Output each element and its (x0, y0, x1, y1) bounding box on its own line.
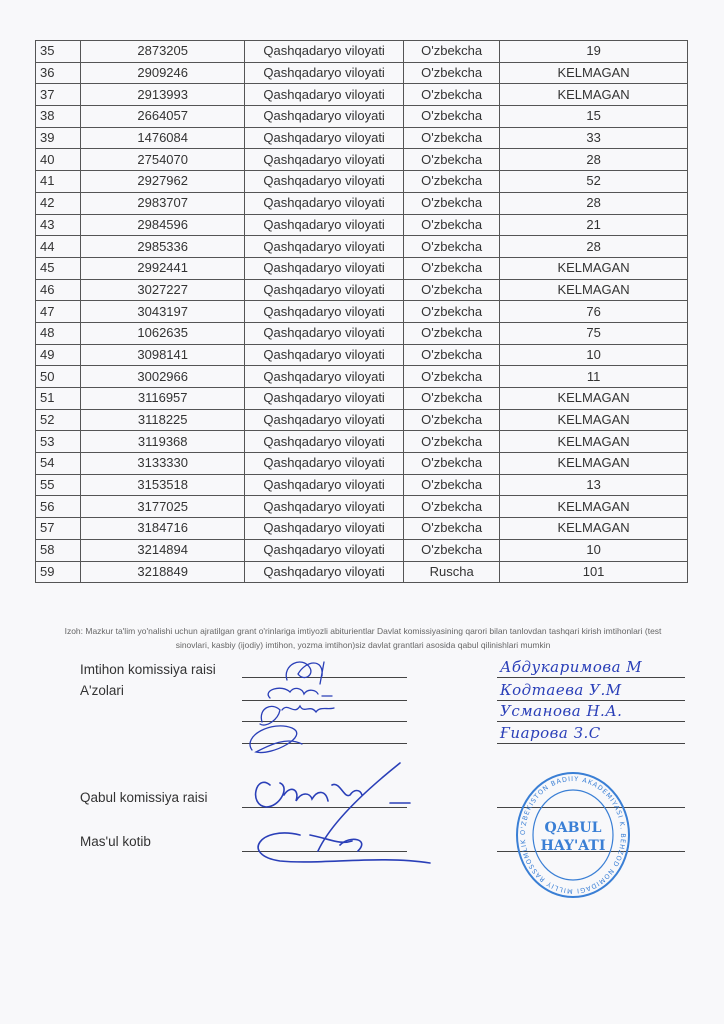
handwritten-name: Абдукаримова М (500, 658, 642, 676)
table-row: 463027227Qashqadaryo viloyatiO'zbekchaKE… (36, 279, 688, 301)
table-row: 563177025Qashqadaryo viloyatiO'zbekchaKE… (36, 496, 688, 518)
table-row: 481062635Qashqadaryo viloyatiO'zbekcha75 (36, 322, 688, 344)
score-cell: 21 (500, 214, 688, 236)
language-cell: O'zbekcha (404, 41, 500, 63)
applicant-id: 1476084 (81, 127, 245, 149)
score-cell: 28 (500, 192, 688, 214)
language-cell: O'zbekcha (404, 344, 500, 366)
applicant-id: 3184716 (81, 518, 245, 540)
region-cell: Qashqadaryo viloyati (245, 62, 404, 84)
language-cell: O'zbekcha (404, 322, 500, 344)
row-number: 57 (36, 518, 81, 540)
table-row: 543133330Qashqadaryo viloyatiO'zbekchaKE… (36, 453, 688, 475)
language-cell: O'zbekcha (404, 62, 500, 84)
applicant-id: 3116957 (81, 388, 245, 410)
row-number: 54 (36, 453, 81, 475)
row-number: 38 (36, 106, 81, 128)
stamp-text-line1: QABUL (545, 820, 602, 836)
language-cell: O'zbekcha (404, 431, 500, 453)
table-row: 573184716Qashqadaryo viloyatiO'zbekchaKE… (36, 518, 688, 540)
applicant-id: 3153518 (81, 474, 245, 496)
region-cell: Qashqadaryo viloyati (245, 301, 404, 323)
table-row: 583214894Qashqadaryo viloyatiO'zbekcha10 (36, 539, 688, 561)
score-cell: KELMAGAN (500, 257, 688, 279)
region-cell: Qashqadaryo viloyati (245, 322, 404, 344)
region-cell: Qashqadaryo viloyati (245, 171, 404, 193)
stamp-text-line2: HAY'ATI (541, 838, 606, 854)
row-number: 59 (36, 561, 81, 583)
table-row: 493098141Qashqadaryo viloyatiO'zbekcha10 (36, 344, 688, 366)
applicant-id: 3043197 (81, 301, 245, 323)
table-row: 473043197Qashqadaryo viloyatiO'zbekcha76 (36, 301, 688, 323)
row-number: 49 (36, 344, 81, 366)
region-cell: Qashqadaryo viloyati (245, 236, 404, 258)
results-table: 352873205Qashqadaryo viloyatiO'zbekcha19… (35, 40, 688, 583)
region-cell: Qashqadaryo viloyati (245, 366, 404, 388)
language-cell: O'zbekcha (404, 257, 500, 279)
score-cell: 19 (500, 41, 688, 63)
table-row: 593218849Qashqadaryo viloyatiRuscha101 (36, 561, 688, 583)
applicant-id: 2664057 (81, 106, 245, 128)
region-cell: Qashqadaryo viloyati (245, 279, 404, 301)
table-row: 523118225Qashqadaryo viloyatiO'zbekchaKE… (36, 409, 688, 431)
applicant-id: 3214894 (81, 539, 245, 561)
score-cell: KELMAGAN (500, 62, 688, 84)
region-cell: Qashqadaryo viloyati (245, 127, 404, 149)
table-row: 432984596Qashqadaryo viloyatiO'zbekcha21 (36, 214, 688, 236)
score-cell: KELMAGAN (500, 518, 688, 540)
applicant-id: 2985336 (81, 236, 245, 258)
table-row: 452992441Qashqadaryo viloyatiO'zbekchaKE… (36, 257, 688, 279)
table-row: 372913993Qashqadaryo viloyatiO'zbekchaKE… (36, 84, 688, 106)
row-number: 37 (36, 84, 81, 106)
score-cell: 75 (500, 322, 688, 344)
score-cell: 28 (500, 149, 688, 171)
handwritten-name: Кодтаева У.М (500, 681, 622, 699)
row-number: 51 (36, 388, 81, 410)
region-cell: Qashqadaryo viloyati (245, 192, 404, 214)
language-cell: O'zbekcha (404, 236, 500, 258)
row-number: 36 (36, 62, 81, 84)
region-cell: Qashqadaryo viloyati (245, 539, 404, 561)
language-cell: O'zbekcha (404, 474, 500, 496)
table-row: 513116957Qashqadaryo viloyatiO'zbekchaKE… (36, 388, 688, 410)
row-number: 47 (36, 301, 81, 323)
table-row: 503002966Qashqadaryo viloyatiO'zbekcha11 (36, 366, 688, 388)
name-line (497, 743, 685, 744)
signature-scribbles (232, 650, 432, 770)
applicant-id: 3118225 (81, 409, 245, 431)
language-cell: O'zbekcha (404, 279, 500, 301)
score-cell: KELMAGAN (500, 496, 688, 518)
applicant-id: 2984596 (81, 214, 245, 236)
table-row: 391476084Qashqadaryo viloyatiO'zbekcha33 (36, 127, 688, 149)
score-cell: 11 (500, 366, 688, 388)
language-cell: O'zbekcha (404, 539, 500, 561)
region-cell: Qashqadaryo viloyati (245, 257, 404, 279)
language-cell: O'zbekcha (404, 518, 500, 540)
score-cell: 33 (500, 127, 688, 149)
score-cell: 52 (500, 171, 688, 193)
row-number: 52 (36, 409, 81, 431)
row-number: 35 (36, 41, 81, 63)
language-cell: O'zbekcha (404, 496, 500, 518)
region-cell: Qashqadaryo viloyati (245, 388, 404, 410)
applicant-id: 3002966 (81, 366, 245, 388)
applicant-id: 2983707 (81, 192, 245, 214)
applicant-id: 2754070 (81, 149, 245, 171)
score-cell: KELMAGAN (500, 84, 688, 106)
region-cell: Qashqadaryo viloyati (245, 41, 404, 63)
language-cell: O'zbekcha (404, 366, 500, 388)
applicant-id: 2992441 (81, 257, 245, 279)
region-cell: Qashqadaryo viloyati (245, 409, 404, 431)
score-cell: KELMAGAN (500, 431, 688, 453)
row-number: 44 (36, 236, 81, 258)
language-cell: O'zbekcha (404, 453, 500, 475)
region-cell: Qashqadaryo viloyati (245, 431, 404, 453)
applicant-id: 3098141 (81, 344, 245, 366)
region-cell: Qashqadaryo viloyati (245, 561, 404, 583)
admission-stamp: QABUL HAY'ATI O'ZBEKISTON BADIIY AKADEMI… (515, 770, 631, 900)
region-cell: Qashqadaryo viloyati (245, 106, 404, 128)
name-line (497, 677, 685, 678)
language-cell: O'zbekcha (404, 127, 500, 149)
score-cell: KELMAGAN (500, 453, 688, 475)
table-row: 422983707Qashqadaryo viloyatiO'zbekcha28 (36, 192, 688, 214)
row-number: 55 (36, 474, 81, 496)
row-number: 41 (36, 171, 81, 193)
score-cell: 101 (500, 561, 688, 583)
exam-chair-label: Imtihon komissiya raisi (80, 662, 216, 677)
note-text: Izoh: Mazkur ta'lim yo'nalishi uchun ajr… (48, 624, 678, 652)
region-cell: Qashqadaryo viloyati (245, 474, 404, 496)
applicant-id: 1062635 (81, 322, 245, 344)
score-cell: KELMAGAN (500, 279, 688, 301)
language-cell: O'zbekcha (404, 149, 500, 171)
row-number: 58 (36, 539, 81, 561)
signature-scribbles (240, 755, 470, 875)
applicant-id: 3218849 (81, 561, 245, 583)
region-cell: Qashqadaryo viloyati (245, 344, 404, 366)
applicant-id: 2909246 (81, 62, 245, 84)
row-number: 48 (36, 322, 81, 344)
score-cell: 10 (500, 344, 688, 366)
row-number: 50 (36, 366, 81, 388)
score-cell: 28 (500, 236, 688, 258)
region-cell: Qashqadaryo viloyati (245, 453, 404, 475)
secretary-label: Mas'ul kotib (80, 834, 151, 849)
table-row: 442985336Qashqadaryo viloyatiO'zbekcha28 (36, 236, 688, 258)
table-row: 533119368Qashqadaryo viloyatiO'zbekchaKE… (36, 431, 688, 453)
score-cell: 10 (500, 539, 688, 561)
row-number: 42 (36, 192, 81, 214)
row-number: 46 (36, 279, 81, 301)
language-cell: O'zbekcha (404, 409, 500, 431)
name-line (497, 700, 685, 701)
applicant-id: 2927962 (81, 171, 245, 193)
score-cell: 15 (500, 106, 688, 128)
applicant-id: 2873205 (81, 41, 245, 63)
row-number: 53 (36, 431, 81, 453)
table-row: 352873205Qashqadaryo viloyatiO'zbekcha19 (36, 41, 688, 63)
score-cell: 13 (500, 474, 688, 496)
applicant-id: 3119368 (81, 431, 245, 453)
row-number: 40 (36, 149, 81, 171)
table-row: 402754070Qashqadaryo viloyatiO'zbekcha28 (36, 149, 688, 171)
region-cell: Qashqadaryo viloyati (245, 149, 404, 171)
language-cell: O'zbekcha (404, 388, 500, 410)
row-number: 43 (36, 214, 81, 236)
handwritten-name: Усманова Н.А. (500, 702, 622, 720)
admission-chair-label: Qabul komissiya raisi (80, 790, 208, 805)
document-page: 352873205Qashqadaryo viloyatiO'zbekcha19… (0, 0, 724, 1024)
language-cell: O'zbekcha (404, 171, 500, 193)
applicant-id: 2913993 (81, 84, 245, 106)
region-cell: Qashqadaryo viloyati (245, 496, 404, 518)
name-line (497, 721, 685, 722)
score-cell: KELMAGAN (500, 409, 688, 431)
row-number: 39 (36, 127, 81, 149)
members-label: A'zolari (80, 683, 124, 698)
language-cell: O'zbekcha (404, 192, 500, 214)
table-row: 553153518Qashqadaryo viloyatiO'zbekcha13 (36, 474, 688, 496)
region-cell: Qashqadaryo viloyati (245, 518, 404, 540)
region-cell: Qashqadaryo viloyati (245, 84, 404, 106)
language-cell: O'zbekcha (404, 214, 500, 236)
table-row: 362909246Qashqadaryo viloyatiO'zbekchaKE… (36, 62, 688, 84)
row-number: 45 (36, 257, 81, 279)
row-number: 56 (36, 496, 81, 518)
language-cell: O'zbekcha (404, 106, 500, 128)
language-cell: O'zbekcha (404, 84, 500, 106)
language-cell: O'zbekcha (404, 301, 500, 323)
score-cell: 76 (500, 301, 688, 323)
handwritten-name: Ғиарова З.С (500, 724, 601, 742)
score-cell: KELMAGAN (500, 388, 688, 410)
applicant-id: 3027227 (81, 279, 245, 301)
applicant-id: 3133330 (81, 453, 245, 475)
region-cell: Qashqadaryo viloyati (245, 214, 404, 236)
table-row: 412927962Qashqadaryo viloyatiO'zbekcha52 (36, 171, 688, 193)
applicant-id: 3177025 (81, 496, 245, 518)
table-row: 382664057Qashqadaryo viloyatiO'zbekcha15 (36, 106, 688, 128)
language-cell: Ruscha (404, 561, 500, 583)
